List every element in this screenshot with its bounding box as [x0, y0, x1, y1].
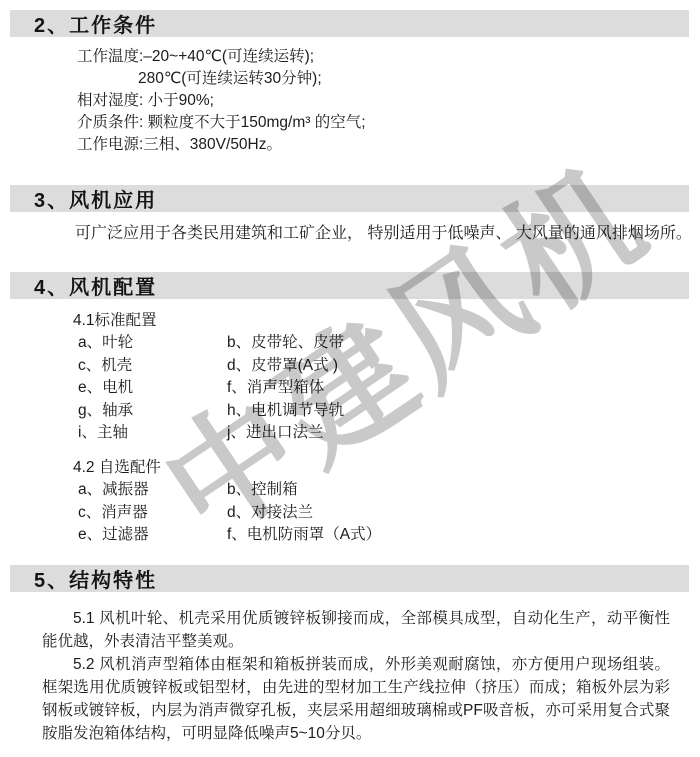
standard-item-d: d、皮带罩(A式 ) — [227, 353, 338, 375]
standard-config-heading: 4.1标准配置 — [73, 308, 157, 330]
optional-item-e: e、过滤器 — [78, 522, 227, 544]
table-row: e、电机 f、消声型箱体 — [78, 375, 344, 398]
section-application-header-bar: 3、风机应用 — [10, 185, 689, 212]
optional-item-a: a、减振器 — [78, 477, 227, 499]
structure-paragraph-2: 5.2 风机消声型箱体由框架和箱板拼装而成，外形美观耐腐蚀，亦方便用户现场组装。… — [42, 653, 670, 745]
standard-item-g: g、轴承 — [78, 398, 227, 420]
table-row: e、过滤器 f、电机防雨罩（A式） — [78, 522, 381, 545]
section-configuration-header-bar: 4、风机配置 — [10, 272, 689, 299]
power-supply-line: 工作电源:三相、380V/50Hz。 — [77, 134, 366, 156]
optional-item-f: f、电机防雨罩（A式） — [227, 522, 381, 544]
optional-item-c: c、消声器 — [78, 500, 227, 522]
section-application-title: 3、风机应用 — [34, 184, 157, 213]
table-row: a、减振器 b、控制箱 — [78, 477, 381, 500]
optional-config-list: a、减振器 b、控制箱 c、消声器 d、对接法兰 e、过滤器 f、电机防雨罩（A… — [78, 477, 381, 545]
structure-paragraph-1: 5.1 风机叶轮、机壳采用优质镀锌板铆接而成，全部模具成型，自动化生产，动平衡性… — [42, 607, 670, 653]
working-temperature-line-2: 280℃(可连续运转30分钟); — [77, 68, 366, 90]
standard-item-c: c、机壳 — [78, 353, 227, 375]
table-row: i、主轴 j、进出口法兰 — [78, 420, 344, 443]
working-conditions-list: 工作温度:–20~+40℃(可连续运转); 280℃(可连续运转30分钟); 相… — [77, 46, 366, 156]
section-working-conditions-title: 2、工作条件 — [34, 9, 157, 38]
section-configuration-title: 4、风机配置 — [34, 271, 157, 300]
section-working-conditions-header-bar: 2、工作条件 — [10, 10, 689, 37]
standard-item-f: f、消声型箱体 — [227, 375, 324, 397]
application-paragraph: 可广泛应用于各类民用建筑和工矿企业， 特别适用于低噪声、 大风量的通风排烟场所。 — [75, 224, 670, 244]
table-row: c、消声器 d、对接法兰 — [78, 500, 381, 523]
optional-config-heading: 4.2 自选配件 — [73, 455, 161, 477]
standard-item-h: h、电机调节导轨 — [227, 398, 344, 420]
optional-item-d: d、对接法兰 — [227, 500, 313, 522]
table-row: g、轴承 h、电机调节导轨 — [78, 398, 344, 421]
table-row: a、叶轮 b、皮带轮、皮带 — [78, 330, 344, 353]
standard-item-j: j、进出口法兰 — [227, 420, 323, 442]
optional-item-b: b、控制箱 — [227, 477, 298, 499]
standard-item-i: i、主轴 — [78, 420, 227, 442]
standard-config-list: a、叶轮 b、皮带轮、皮带 c、机壳 d、皮带罩(A式 ) e、电机 f、消声型… — [78, 330, 344, 443]
standard-item-e: e、电机 — [78, 375, 227, 397]
section-structure-header-bar: 5、结构特性 — [10, 565, 689, 592]
standard-item-b: b、皮带轮、皮带 — [227, 330, 344, 352]
relative-humidity-line: 相对湿度: 小于90%; — [77, 90, 366, 112]
standard-item-a: a、叶轮 — [78, 330, 227, 352]
section-structure-title: 5、结构特性 — [34, 564, 157, 593]
catalog-page: 2、工作条件 工作温度:–20~+40℃(可连续运转); 280℃(可连续运转3… — [0, 0, 700, 757]
working-temperature-line: 工作温度:–20~+40℃(可连续运转); — [77, 46, 366, 68]
table-row: c、机壳 d、皮带罩(A式 ) — [78, 353, 344, 376]
medium-condition-line: 介质条件: 颗粒度不大于150mg/m³ 的空气; — [77, 112, 366, 134]
